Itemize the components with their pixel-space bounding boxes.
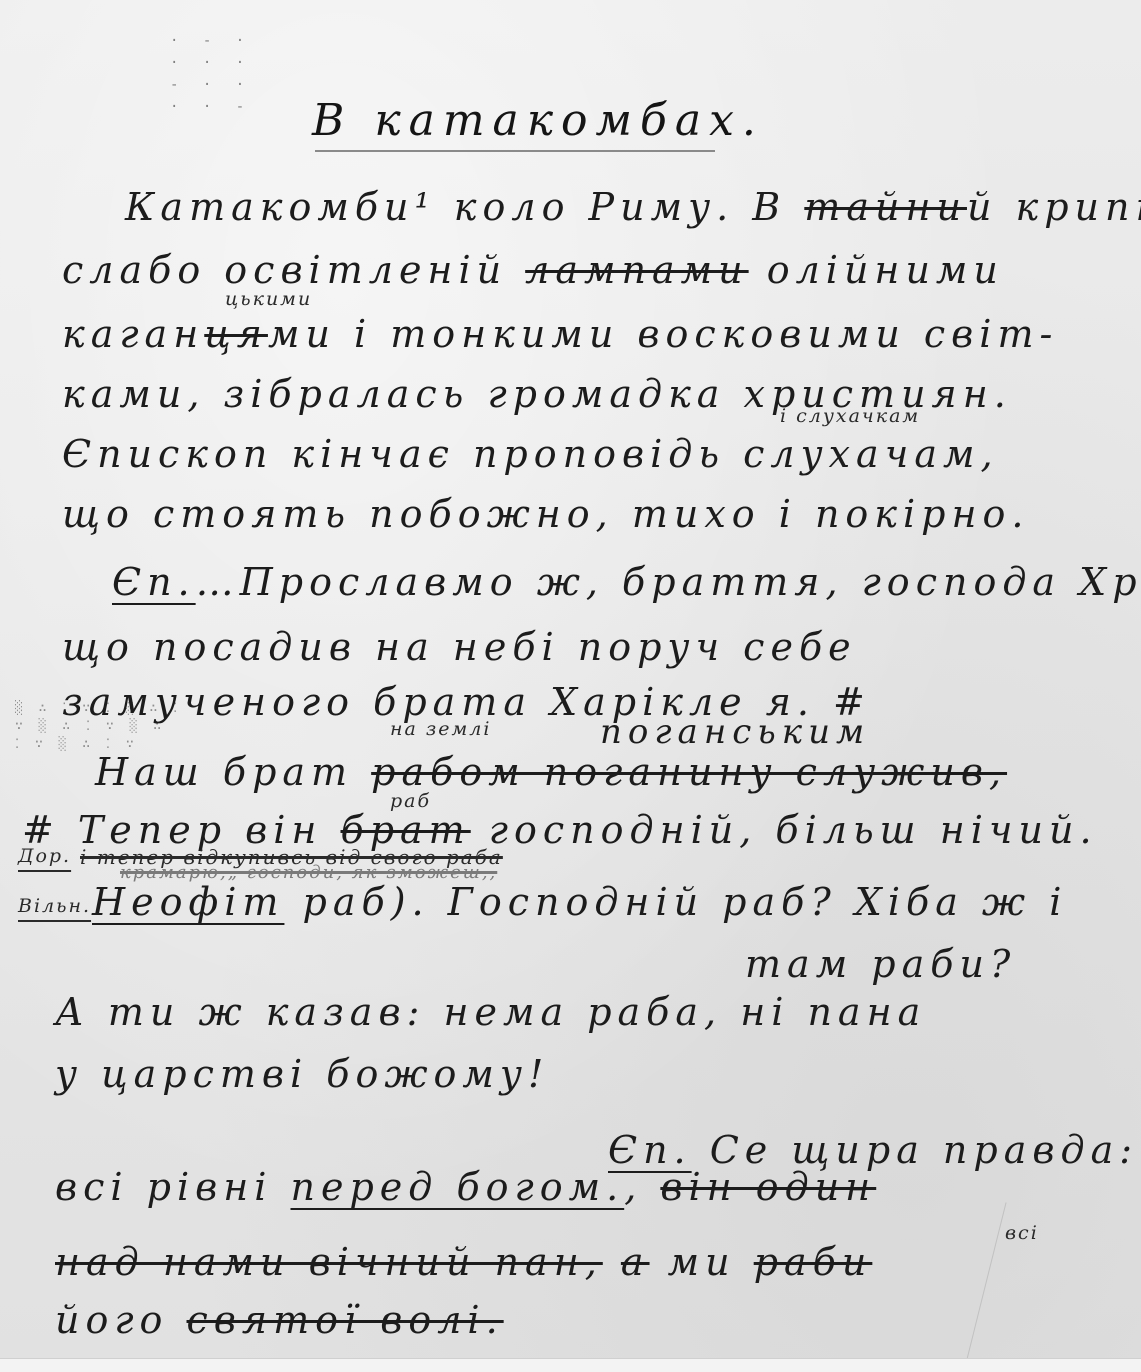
- manuscript-line: у царстві божому!: [55, 1052, 549, 1096]
- line-text: ,: [624, 1165, 660, 1209]
- struck-text: святої волі.: [187, 1298, 504, 1342]
- paper-fold: [964, 1202, 1006, 1367]
- manuscript-line: його святої волі.: [55, 1298, 504, 1342]
- struck-text: ця: [204, 312, 268, 356]
- interlinear-insertion: і слухачкам: [780, 405, 920, 427]
- margin-note-text: Вільн.: [18, 895, 91, 917]
- page-title: В катакомбах.: [312, 95, 764, 146]
- line-text: Катакомби¹ коло Риму. В: [125, 185, 804, 229]
- line-text: …Прославмо ж, браття, господа Христа,: [196, 560, 1141, 604]
- margin-mark: · · ‐: [170, 96, 310, 118]
- manuscript-line: всі рівні перед богом., він один: [55, 1165, 876, 1209]
- line-text: раб). Господній раб? Хіба ж і: [284, 880, 1067, 924]
- line-text: господній, більш нічий.: [471, 808, 1098, 852]
- struck-text: тайни: [804, 185, 967, 229]
- manuscript-line: поганським: [600, 712, 870, 752]
- line-text: слабо освітленій: [62, 248, 525, 292]
- manuscript-line: слабо освітленій лампами олійними: [62, 248, 1004, 292]
- struck-text: а: [621, 1240, 650, 1284]
- line-text: олійними: [749, 248, 1004, 292]
- manuscript-line: Катакомби¹ коло Риму. В тайний крипті,²: [125, 185, 1141, 229]
- struck-text: над нами вічний пан,: [55, 1240, 603, 1284]
- margin-mark: ‐ · ·: [170, 74, 310, 96]
- page-bottom-edge: [0, 1358, 1141, 1372]
- manuscript-line: каганцями і тонкими восковими світ-: [62, 312, 1058, 356]
- speaker-label: Неофіт: [92, 880, 284, 924]
- struck-text: він один: [660, 1165, 876, 1209]
- interlinear-insertion: цькими: [225, 288, 312, 310]
- struck-text: лампами: [525, 248, 748, 292]
- margin-mark: · · ·: [170, 52, 310, 74]
- manuscript-line: що посадив на небі поруч себе: [62, 625, 857, 669]
- struck-text: раби: [754, 1240, 873, 1284]
- line-text: [603, 1240, 621, 1284]
- underlined-text: перед богом.: [291, 1165, 625, 1209]
- interlinear-insertion: всі: [1005, 1222, 1039, 1244]
- struck-text: рабом поганину служив,: [371, 750, 1007, 794]
- margin-note-text: Дор.: [18, 845, 71, 867]
- title-underline: [315, 150, 715, 152]
- manuscript-line: Наш брат рабом поганину служив,: [95, 750, 1007, 794]
- margin-mark: · ‐ ·: [170, 30, 310, 52]
- line-text: ми і тонкими восковими світ-: [268, 312, 1058, 356]
- manuscript-line: там раби?: [745, 942, 1016, 986]
- manuscript-line: Неофіт раб). Господній раб? Хіба ж і: [92, 880, 1067, 924]
- manuscript-line: над нами вічний пан, а ми раби: [55, 1240, 872, 1284]
- interlinear-insertion: на землі: [390, 718, 491, 740]
- line-text: ми: [650, 1240, 754, 1284]
- line-text: його: [55, 1298, 187, 1342]
- margin-marks: · ‐ · · · · ‐ · · · · ‐: [170, 30, 310, 160]
- manuscript-page: · ‐ · · · · ‐ · · · · ‐ В катакомбах. Ка…: [0, 0, 1141, 1372]
- line-text: всі рівні: [55, 1165, 291, 1209]
- manuscript-line: Єп.…Прославмо ж, браття, господа Христа,: [112, 560, 1141, 604]
- margin-note: Вільн.: [18, 895, 91, 917]
- margin-note: Дор.: [18, 845, 71, 867]
- line-text: каган: [62, 312, 204, 356]
- speaker-label: Єп.: [112, 560, 196, 604]
- manuscript-line: що стоять побожно, тихо і покірно.: [62, 492, 1029, 536]
- line-text: Наш брат: [95, 750, 371, 794]
- manuscript-line: Єпископ кінчає проповідь слухачам,: [62, 432, 999, 476]
- line-text: й крипті,: [967, 185, 1141, 229]
- manuscript-line: А ти ж казав: нема раба, ні пана: [55, 990, 926, 1034]
